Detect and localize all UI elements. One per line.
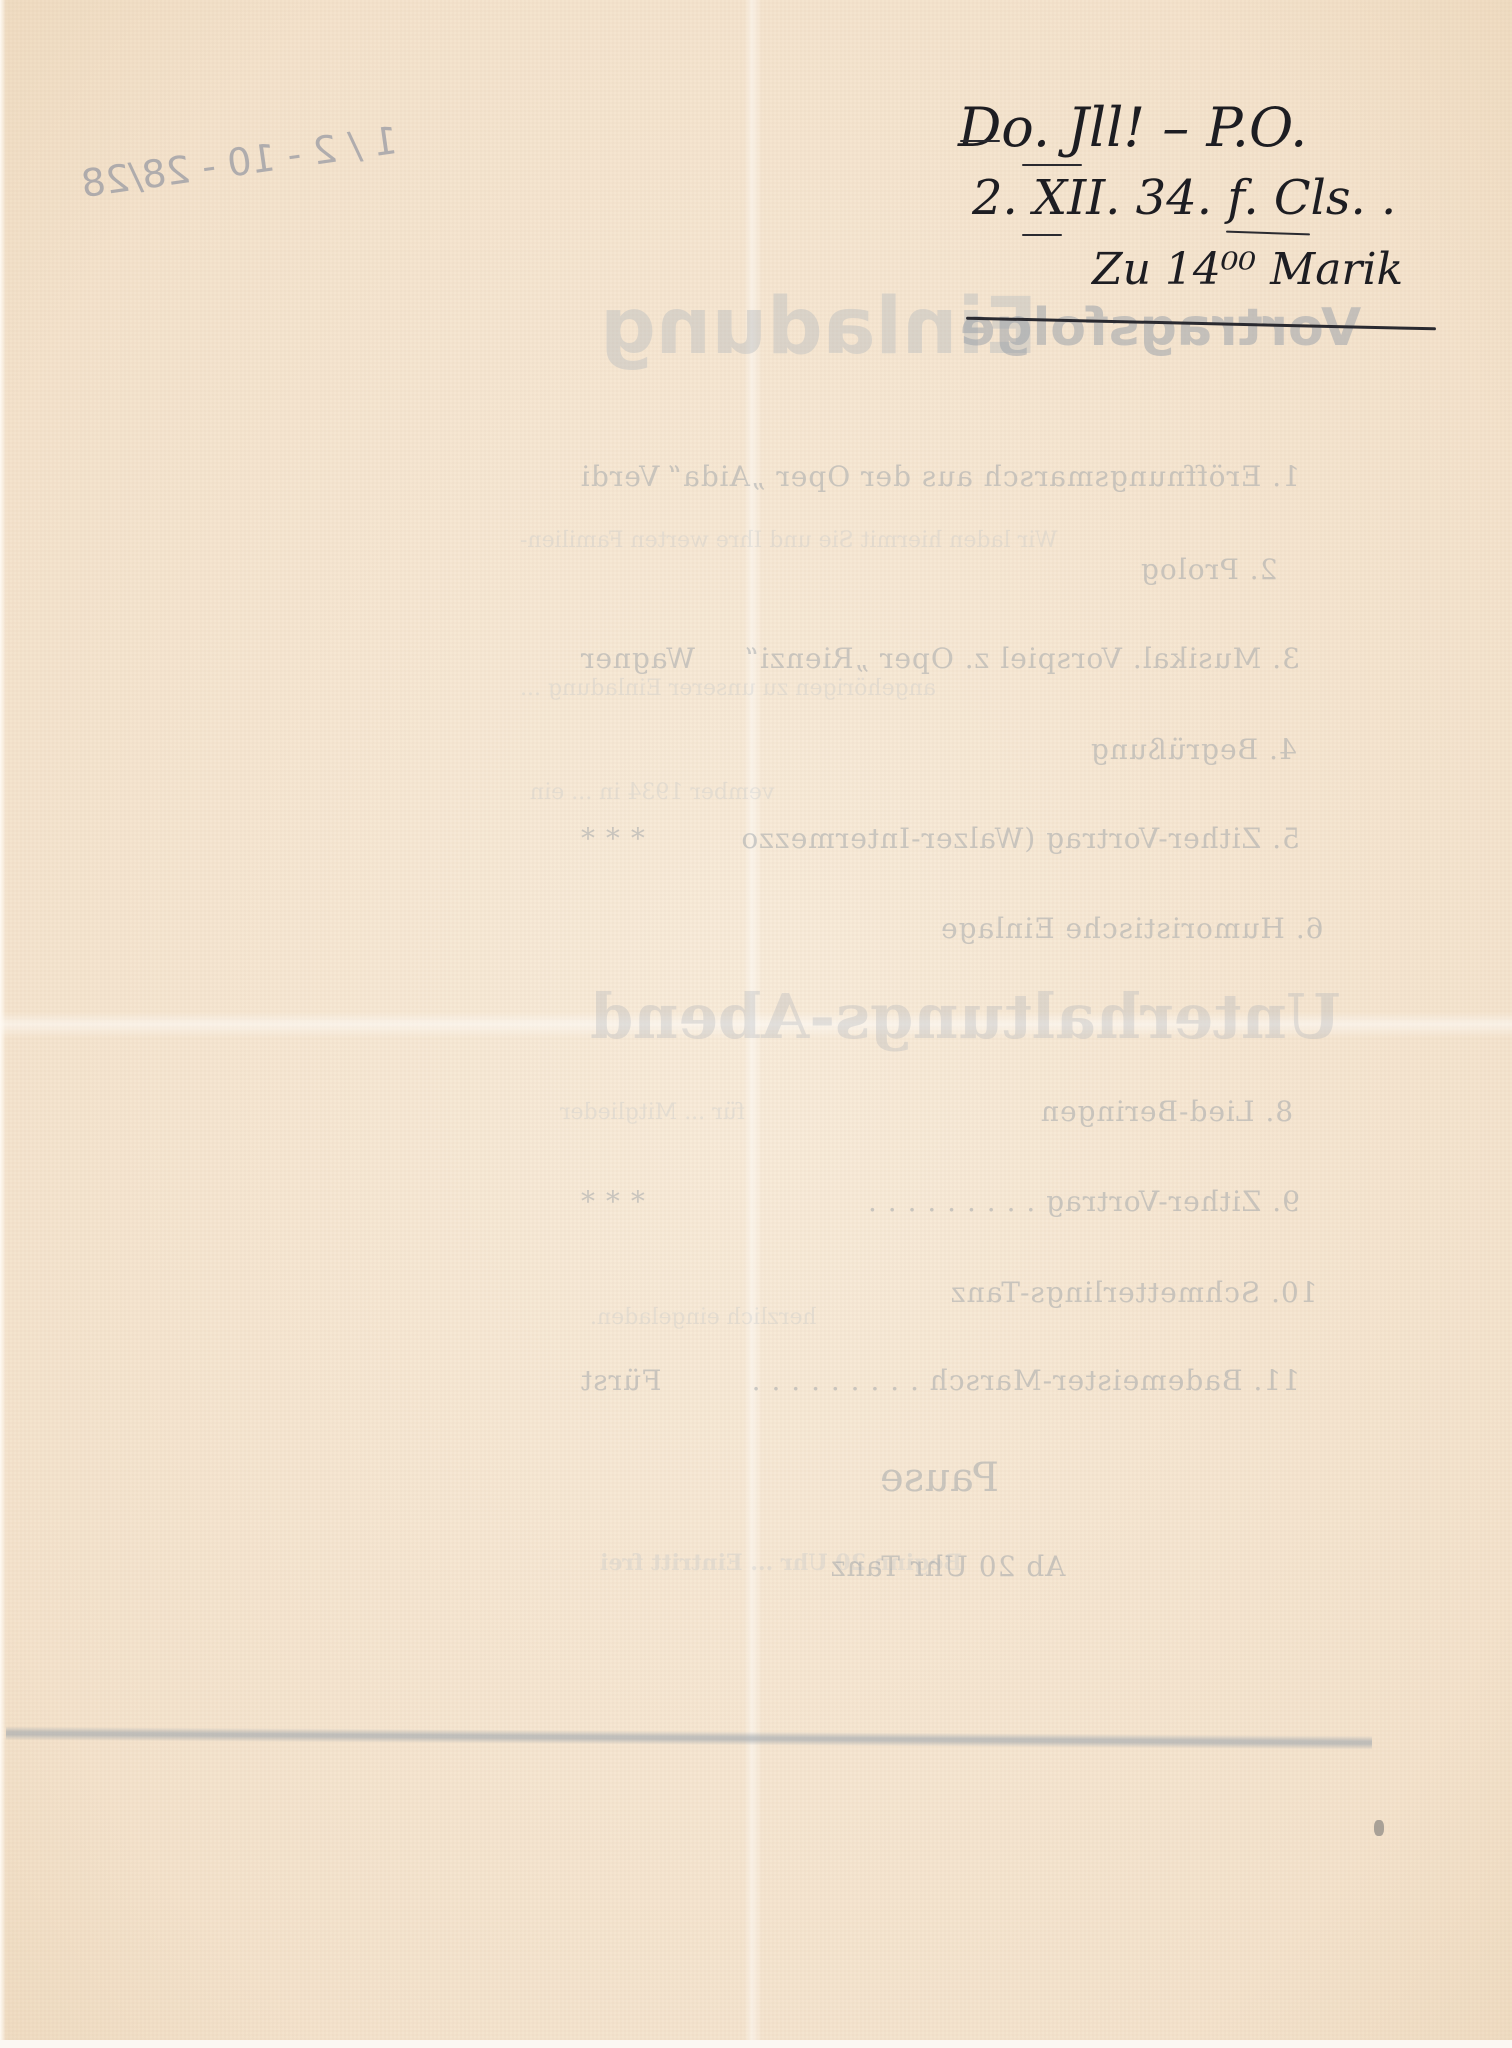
program-item: 1. Eröffnungsmarsch aus der Oper „Aida“ …: [580, 460, 1300, 493]
ink-smudge: [1374, 1820, 1384, 1836]
program-item: 4. Begrüßung: [1090, 733, 1297, 766]
program-item: 3. Musikal. Vorspiel z. Oper „Rienzi“ Wa…: [580, 642, 1300, 675]
program-item: 11. Bademeister-Marsch . . . . . . . . .…: [580, 1364, 1300, 1397]
handwritten-note-line3: Zu 14⁰⁰ Marik: [1092, 244, 1403, 295]
program-item: 8. Lied-Beringen: [1040, 1095, 1293, 1128]
show-through-line: angehörigen zu unserer Einladung ...: [520, 676, 936, 701]
show-through-line: vember 1934 in ... ein: [530, 780, 774, 805]
underline: [960, 140, 1000, 142]
show-through-line: Wir laden hiermit Sie und Ihre werten Fa…: [520, 528, 1057, 553]
paper-bottom-edge: [0, 2040, 1512, 2048]
program-item: 9. Zither-Vortrag . . . . . . . . . * * …: [580, 1185, 1300, 1218]
program-item: 6. Humoristische Einlage: [940, 912, 1324, 945]
show-through-line: herzlich eingeladen.: [590, 1305, 817, 1330]
underline: [1022, 234, 1062, 236]
program-dance: Ab 20 Uhr Tanz: [830, 1550, 1065, 1583]
handwritten-note-line1: Do. Jll! – P.O.: [958, 96, 1307, 159]
show-through-line: für ... Mitglieder: [560, 1100, 745, 1125]
program-item: 5. Zither-Vortrag (Walzer-Intermezzo * *…: [580, 822, 1300, 855]
show-through-heading: Unterhaltungs-Abend: [590, 980, 1341, 1053]
program-heading: Vortragsfolge: [960, 298, 1361, 358]
paper-left-edge: [0, 0, 6, 2048]
program-item: 2. Prolog: [1140, 553, 1277, 586]
program-pause: Pause: [880, 1455, 999, 1501]
program-item: 10. Schmetterlings-Tanz: [950, 1276, 1318, 1309]
overline: [1022, 164, 1082, 166]
handwritten-note-line2: 2. XII. 34. f. Cls. .: [972, 170, 1396, 226]
